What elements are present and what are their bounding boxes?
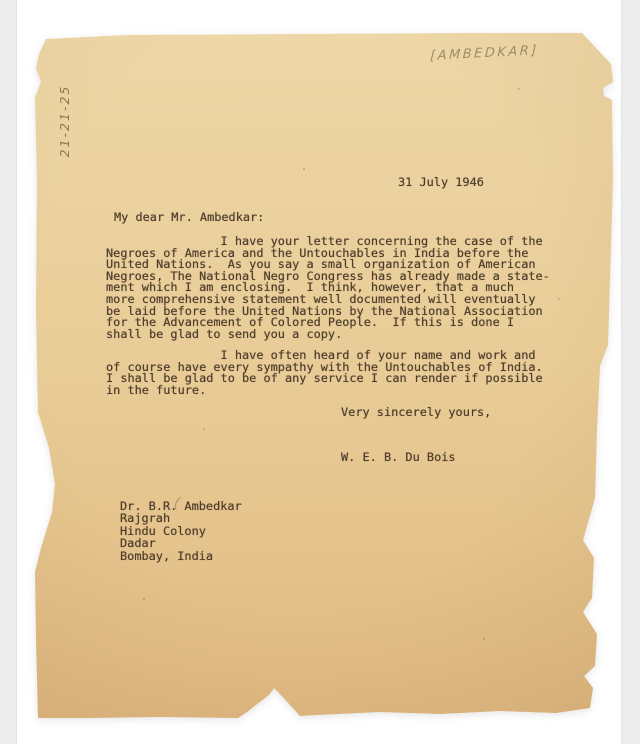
scanned-letter-viewport: 21-21-25 [AMBEDKAR] 31 July 1946 My dear… bbox=[0, 0, 640, 744]
letter-line: Dadar bbox=[120, 537, 242, 549]
letter-closing: Very sincerely yours, bbox=[341, 407, 491, 419]
letter-line: in the future. bbox=[106, 385, 543, 397]
letter-signature: W. E. B. Du Bois bbox=[341, 452, 456, 464]
letter-date: 31 July 1946 bbox=[398, 177, 484, 189]
letter-paragraph-2: I have often heard of your name and work… bbox=[106, 350, 543, 396]
recipient-address: Dr. B.R. AmbedkarRajgrahHindu ColonyDada… bbox=[120, 500, 242, 562]
letter-content: 21-21-25 [AMBEDKAR] 31 July 1946 My dear… bbox=[0, 0, 640, 744]
letter-paragraph-1: I have your letter concerning the case o… bbox=[106, 236, 550, 340]
letter-line: Rajgrah bbox=[120, 512, 242, 524]
ambedkar-pencil-annotation: [AMBEDKAR] bbox=[430, 43, 539, 64]
archive-number-pencil: 21-21-25 bbox=[57, 71, 75, 171]
letter-line: shall be glad to send you a copy. bbox=[106, 329, 550, 341]
letter-line: Bombay, India bbox=[120, 550, 242, 562]
paper-speckles bbox=[303, 168, 305, 170]
letter-salutation: My dear Mr. Ambedkar: bbox=[114, 212, 264, 224]
